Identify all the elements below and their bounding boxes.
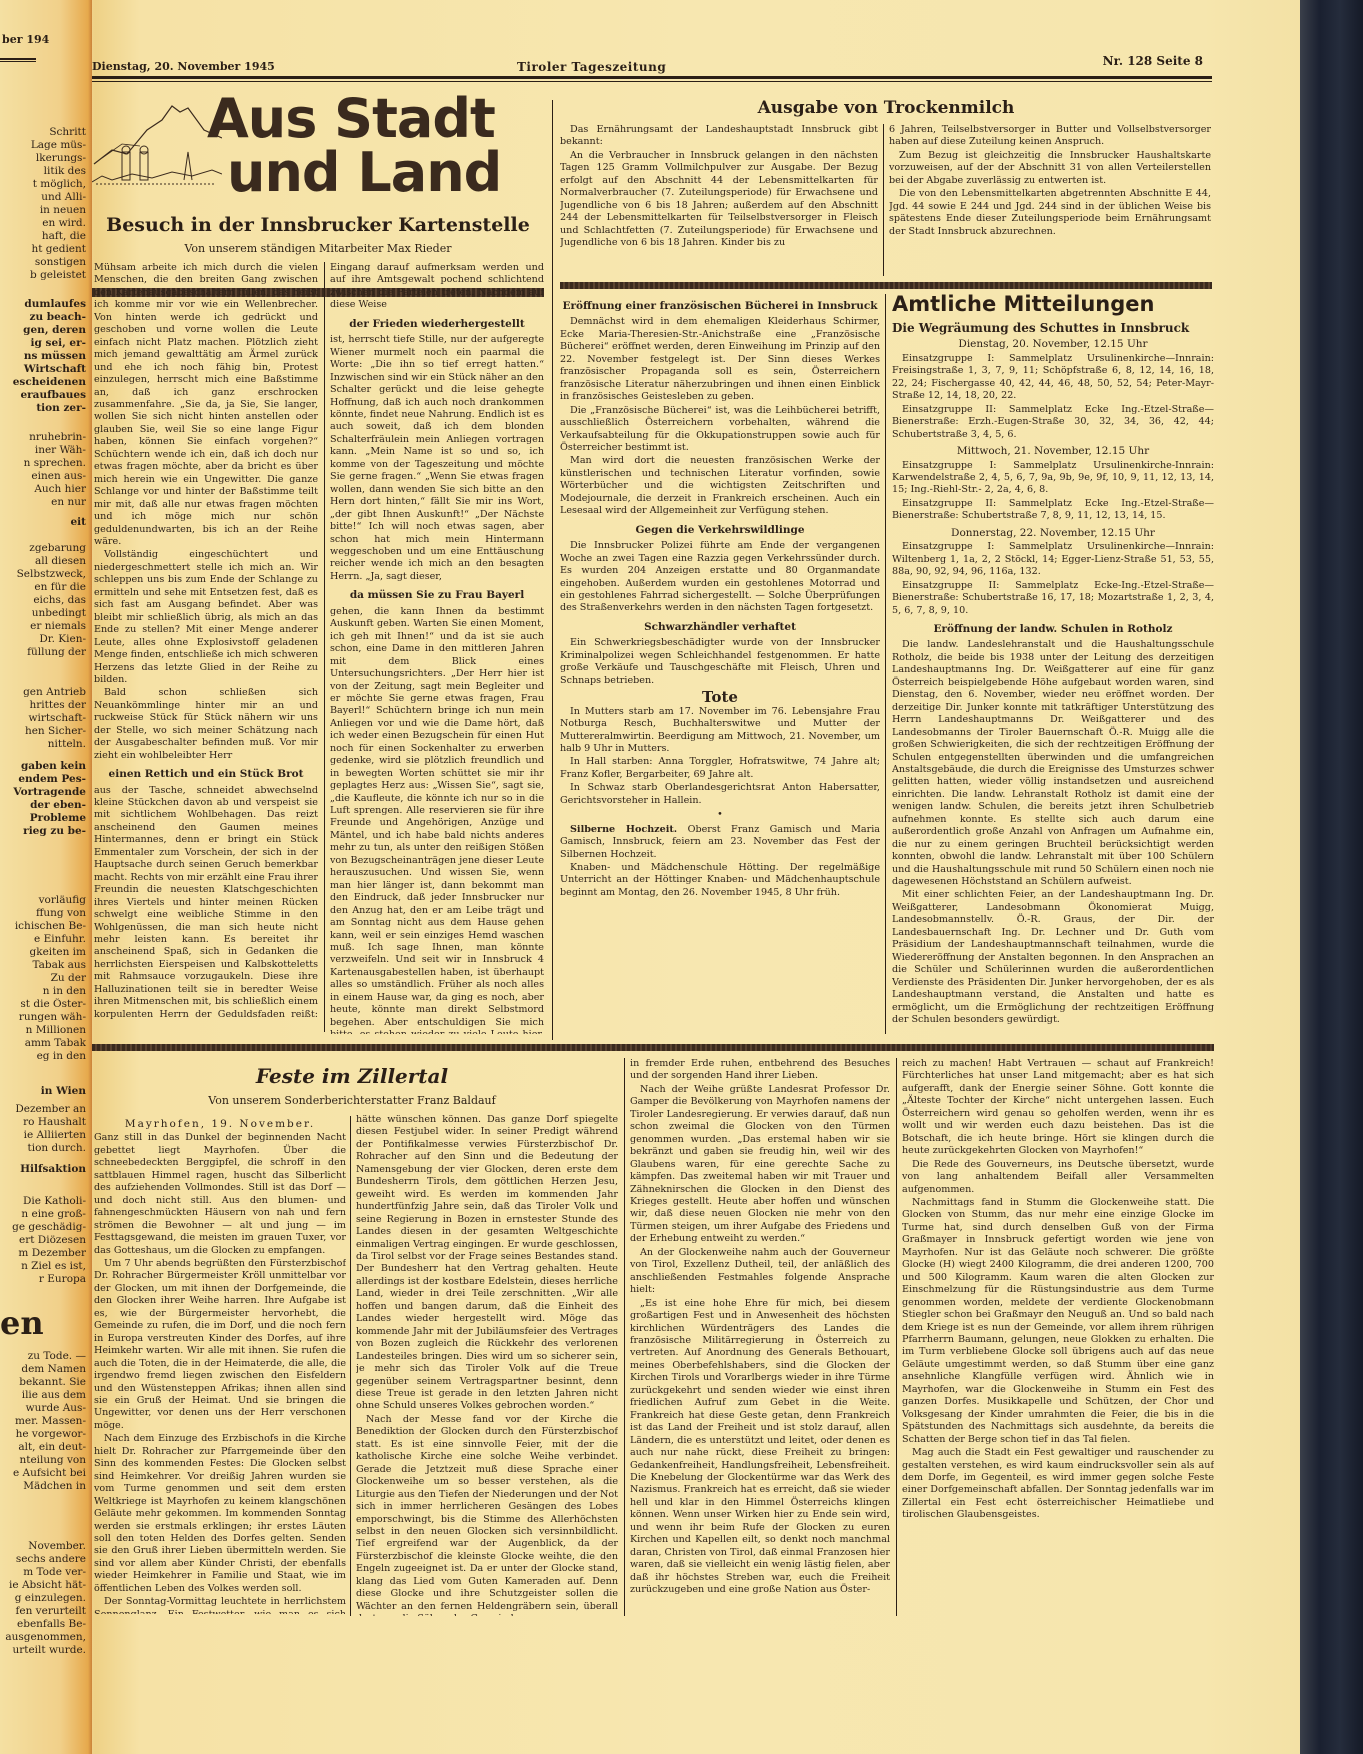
banner-title: Aus Stadt und Land — [207, 92, 501, 200]
paragraph: Die landw. Landeslehranstalt und die Hau… — [892, 639, 1214, 888]
previous-page-text-fragment: der eben- — [0, 799, 86, 812]
previous-page-text-fragment: Die Katholi- — [0, 1195, 86, 1208]
previous-page-text-fragment: all diesen — [0, 555, 86, 568]
paragraph: aus der Tasche, schneidet abwechselnd kl… — [94, 785, 318, 1022]
paragraph: Die Innsbrucker Polizei führte am Ende d… — [560, 540, 880, 615]
paragraph: hätte wünschen können. Das ganze Dorf sp… — [356, 1114, 618, 1413]
paragraph: in fremder Erde ruhen, entbehrend des Be… — [630, 1058, 890, 1083]
previous-page-text-fragment: füllung der — [0, 646, 86, 659]
previous-page-text-fragment: litik des — [0, 165, 86, 178]
previous-page-text-fragment: st die Öster- — [0, 998, 86, 1011]
previous-page-text-fragment: Wirtschaft — [0, 363, 86, 376]
column-divider — [350, 1116, 351, 1616]
local-news-column: Eröffnung einer französischen Bücherei i… — [560, 294, 880, 1036]
paragraph: 6 Jahren, Teilselbstversorger in Butter … — [889, 124, 1211, 149]
paragraph: „Es ist eine hohe Ehre für mich, bei die… — [630, 1298, 890, 1597]
previous-page-text-fragment: Schritt — [0, 126, 86, 139]
paragraph: An die Verbraucher in Innsbruck gelangen… — [560, 150, 878, 250]
notice-subtitle: Die Wegräumung des Schuttes in Innsbruck — [892, 322, 1214, 334]
previous-page-text-fragment: rungen wäh- — [0, 1011, 86, 1024]
kartenstelle-headline: Besuch in der Innsbrucker Kartenstelle — [92, 214, 544, 236]
separator-dot: • — [560, 809, 880, 821]
previous-page-text-fragment: lkerungs- — [0, 152, 86, 165]
previous-page-text-fragment: amm Tabak — [0, 1037, 86, 1050]
rotholz-headline: Eröffnung der landw. Schulen in Rotholz — [892, 623, 1214, 635]
previous-page-text-fragment: b geleistet — [0, 269, 86, 282]
book-binding — [1300, 0, 1363, 1754]
column-divider — [883, 124, 884, 276]
previous-page-text-fragment: ffung von — [0, 907, 86, 920]
previous-page-text-fragment: tion durch. — [0, 1142, 86, 1155]
previous-page-text-fragment: sechs andere — [0, 1553, 86, 1566]
official-notices-title: Amtliche Mitteilungen — [892, 292, 1154, 316]
previous-page-text-fragment: und Alli- — [0, 191, 86, 204]
column-divider — [896, 1058, 897, 1616]
paragraph: Bald schon schließen sich Neuankömmlinge… — [94, 687, 318, 762]
previous-page-text-fragment: ig sei, er- — [0, 337, 86, 350]
previous-page-text-fragment: bekannt. Sie — [0, 1376, 86, 1389]
notice-date: Mittwoch, 21. November, 12.15 Uhr — [892, 445, 1214, 457]
previous-page-text-fragment: einen aus- — [0, 470, 86, 483]
previous-page-text-fragment: Tabak aus — [0, 959, 86, 972]
paragraph: In Schwaz starb Oberlandesgerichtsrat An… — [560, 782, 880, 807]
previous-page-text-fragment: Hilfsaktion — [0, 1163, 86, 1176]
notice-date: Donnerstag, 22. November, 12.15 Uhr — [892, 527, 1214, 539]
previous-page-text-fragment: eit — [0, 516, 86, 529]
paragraph: reich zu machen! Habt Vertrauen — schaut… — [902, 1058, 1214, 1158]
previous-page-header: ber 194 — [2, 33, 49, 46]
paragraph: Demnächst wird in dem ehemaligen Kleider… — [560, 316, 880, 403]
section-rule — [560, 282, 1212, 289]
previous-page-text-fragment: ns müssen — [0, 350, 86, 363]
previous-page-text-fragment: en nur — [0, 496, 86, 509]
previous-page-text-fragment: dem Namen — [0, 1363, 86, 1376]
kartenstelle-column-1: Mühsam arbeite ich mich durch die vielen… — [94, 262, 318, 1022]
paragraph: Mag auch die Stadt ein Fest gewaltiger u… — [902, 1447, 1214, 1522]
paragraph: Die von den Lebensmittelkarten abgetrenn… — [889, 188, 1211, 238]
notice-group: Einsatzgruppe II: Sammelplatz Ecke-Ing.-… — [892, 580, 1214, 617]
paragraph: Nach dem Einzuge des Erzbischofs in die … — [94, 1433, 346, 1595]
previous-page-text-fragment: gen Antrieb — [0, 686, 86, 699]
previous-page-text-fragment: hen Sicher- — [0, 725, 86, 738]
trockenmilch-column-2: 6 Jahren, Teilselbstversorger in Butter … — [889, 124, 1211, 278]
previous-page-text-fragment: nitteln. — [0, 738, 86, 751]
masthead-rule — [92, 76, 1212, 82]
previous-page-text-fragment: n eine groß- — [0, 1208, 86, 1221]
paragraph: Ein Schwerkriegsbeschädigter wurde von d… — [560, 637, 880, 687]
paragraph: Eingang darauf aufmerksam werden und auf… — [330, 262, 544, 312]
previous-page-text-fragment: m Dezember — [0, 1247, 86, 1260]
news-headline: Eröffnung einer französischen Bücherei i… — [560, 300, 880, 312]
zillertal-column-2: hätte wünschen können. Das ganze Dorf sp… — [356, 1114, 618, 1616]
trockenmilch-column-1: Das Ernährungsamt der Landeshauptstadt I… — [560, 124, 878, 278]
previous-page-text-fragment: Dr. Kien- — [0, 633, 86, 646]
column-divider — [885, 294, 886, 1034]
issue-page-number: Nr. 128 Seite 8 — [1103, 54, 1203, 68]
kartenstelle-column-2: Eingang darauf aufmerksam werden und auf… — [330, 262, 544, 1034]
previous-page-text-fragment: gkeiten im — [0, 946, 86, 959]
previous-page-text-fragment: ie Alliierten — [0, 1129, 86, 1142]
previous-page-text-fragment: er niemals — [0, 620, 86, 633]
previous-page-text-fragment: en für die — [0, 581, 86, 594]
previous-page-text-fragment: eg in den — [0, 1050, 86, 1063]
section-banner: Aus Stadt und Land — [92, 92, 544, 202]
paragraph: Mühsam arbeite ich mich durch die vielen… — [94, 262, 318, 548]
previous-page-text-fragment: gen, deren — [0, 324, 86, 337]
paragraph: Um 7 Uhr abends begrüßten den Fürsterzbi… — [94, 1258, 346, 1432]
previous-page-text-fragment: zu Tode. — — [0, 1350, 86, 1363]
notice-group: Einsatzgruppe I: Sammelplatz Ursulinenki… — [892, 541, 1214, 578]
previous-page-text-fragment: n Millionen — [0, 1024, 86, 1037]
obituaries-headline: Tote — [560, 691, 880, 703]
official-notices-column: Die Wegräumung des Schuttes in Innsbruck… — [892, 322, 1214, 1034]
previous-page-text-fragment: ht gedient — [0, 243, 86, 256]
news-headline: Gegen die Verkehrswildlinge — [560, 524, 880, 536]
previous-page-text-fragment: hrittes der — [0, 699, 86, 712]
section-divider — [552, 100, 553, 1040]
previous-page-text-fragment: Auch hier — [0, 483, 86, 496]
paragraph: Die Rede des Gouverneurs, ins Deutsche ü… — [902, 1159, 1214, 1196]
newspaper-name: Tiroler Tageszeitung — [517, 60, 666, 74]
silver-wedding-label: Silberne Hochzeit. — [570, 824, 677, 835]
previous-page-text-fragment: e Aufsicht bei — [0, 1467, 86, 1480]
previous-page-text-fragment: ge geschädig- — [0, 1221, 86, 1234]
zillertal-byline: Von unserem Sonderberichterstatter Franz… — [92, 1094, 612, 1107]
paragraph: Knaben- und Mädchenschule Hötting. Der r… — [560, 862, 880, 899]
previous-page-text-fragment: dumlaufes — [0, 298, 86, 311]
notice-date: Dienstag, 20. November, 12.15 Uhr — [892, 338, 1214, 350]
paragraph: Man wird dort die neuesten französischen… — [560, 455, 880, 517]
previous-page-text-fragment: gaben kein — [0, 760, 86, 773]
paragraph: Zum Bezug ist gleichzeitig die Innsbruck… — [889, 150, 1211, 187]
column-divider — [324, 262, 325, 1032]
issue-date: Dienstag, 20. November 1945 — [92, 60, 275, 73]
kartenstelle-byline: Von unserem ständigen Mitarbeiter Max Ri… — [92, 242, 544, 255]
previous-page-text-fragment: Vortragende — [0, 786, 86, 799]
column-divider — [624, 1058, 625, 1616]
previous-page-text-fragment: e Einfuhr. — [0, 933, 86, 946]
previous-page-text-fragment: ie Absicht hät- — [0, 1579, 86, 1592]
previous-page-text-fragment: ausgenommen, — [0, 1631, 86, 1644]
banner-line-2: und Land — [207, 146, 501, 200]
previous-page-text-fragment: n in den — [0, 985, 86, 998]
previous-page-text-fragment: zgebarung — [0, 542, 86, 555]
notice-group: Einsatzgruppe I: Sammelplatz Ursulinenki… — [892, 353, 1214, 403]
previous-page-text-fragment: zu beach- — [0, 311, 86, 324]
news-headline: Schwarzhändler verhaftet — [560, 621, 880, 633]
previous-page-text-fragment: urteilt wurde. — [0, 1644, 86, 1657]
previous-page-text-fragment: nruhebrin- — [0, 431, 86, 444]
subheading: einen Rettich und ein Stück Brot — [94, 768, 318, 780]
previous-page-text-fragment: eichs, das — [0, 594, 86, 607]
paragraph: ist, herrscht tiefe Stille, nur der aufg… — [330, 334, 544, 583]
page-content: Dienstag, 20. November 1945 Tiroler Tage… — [92, 0, 1247, 1754]
subheading: der Frieden wiederhergestellt — [330, 318, 544, 330]
paragraph: In Mutters starb am 17. November im 76. … — [560, 706, 880, 756]
previous-page-text-fragment: wurde Aus- — [0, 1402, 86, 1415]
paragraph: Mit einer schlichten Feier, an der Lande… — [892, 889, 1214, 1026]
paragraph: Nach der Messe fand vor der Kirche die B… — [356, 1414, 618, 1616]
previous-page-text-fragment: nteilung von — [0, 1454, 86, 1467]
paragraph: Vollständig eingeschüchtert und niederge… — [94, 549, 318, 686]
paragraph: Das Ernährungsamt der Landeshauptstadt I… — [560, 124, 878, 149]
paragraph: Nach der Weihe grüßte Landesrat Professo… — [630, 1084, 890, 1246]
previous-page-text-fragment: ro Haushalt — [0, 1116, 86, 1129]
previous-page-text-fragment: t möglich, — [0, 178, 86, 191]
zillertal-column-1: Mayrhofen, 19. November. Ganz still in d… — [94, 1114, 346, 1614]
zillertal-column-4: reich zu machen! Habt Vertrauen — schaut… — [902, 1058, 1214, 1616]
zillertal-headline: Feste im Zillertal — [92, 1064, 612, 1088]
previous-page-text-fragment: rieg zu be- — [0, 825, 86, 838]
paragraph: Ganz still in das Dunkel der beginnenden… — [94, 1132, 346, 1257]
previous-page-text-fragment: sonstigen — [0, 256, 86, 269]
previous-page-text-fragment: g einzulegen. — [0, 1592, 86, 1605]
zillertal-column-3: in fremder Erde ruhen, entbehrend des Be… — [630, 1058, 890, 1616]
previous-page-text-fragment: haft, die — [0, 230, 86, 243]
previous-page-text-fragment: Probleme — [0, 812, 86, 825]
previous-page-text-fragment: escheidenen — [0, 376, 86, 389]
previous-page-headline-fragment: en — [0, 1304, 44, 1342]
notice-group: Einsatzgruppe II: Sammelplatz Ecke Ing.-… — [892, 404, 1214, 441]
subheading: da müssen Sie zu Frau Bayerl — [330, 589, 544, 601]
trockenmilch-headline: Ausgabe von Trockenmilch — [562, 98, 1210, 118]
previous-page-text-fragment: eraufbaues — [0, 389, 86, 402]
paragraph: An der Glockenweihe nahm auch der Gouver… — [630, 1247, 890, 1297]
previous-page-text-fragment: he vorgewor- — [0, 1428, 86, 1441]
previous-page-text-fragment: Selbstzweck, — [0, 568, 86, 581]
section-rule — [92, 1044, 1214, 1051]
previous-page-text-fragment: ilie aus dem — [0, 1389, 86, 1402]
dateline: Mayrhofen, 19. November. — [94, 1118, 346, 1130]
masthead: Dienstag, 20. November 1945 Tiroler Tage… — [92, 54, 1247, 78]
previous-page-text-fragment: fen verurteilt — [0, 1605, 86, 1618]
previous-page-text-fragment: endem Pes- — [0, 773, 86, 786]
previous-page-text-fragment: in neuen — [0, 204, 86, 217]
previous-page-text-fragment: iner Wäh- — [0, 444, 86, 457]
paragraph: In Hall starben: Anna Torggler, Hofratsw… — [560, 756, 880, 781]
previous-page-text-fragment: tion zer- — [0, 402, 86, 415]
previous-page-text-fragment: m Tode ver- — [0, 1566, 86, 1579]
previous-page-rule — [0, 58, 36, 62]
mountain-town-illustration-icon — [92, 92, 222, 202]
paragraph: gehen, die kann Ihnen da bestimmt Auskun… — [330, 606, 544, 1034]
paragraph: Der Sonntag-Vormittag leuchtete in herrl… — [94, 1596, 346, 1614]
previous-page-text-fragment: Dezember an — [0, 1103, 86, 1116]
paragraph: Nachmittags fand in Stumm die Glockenwei… — [902, 1197, 1214, 1446]
previous-page-text-fragment: wirtschaft- — [0, 712, 86, 725]
previous-page-text-fragment: November. — [0, 1540, 86, 1553]
previous-page-text-fragment: ichischen Be- — [0, 920, 86, 933]
paragraph: Die „Französische Bücherei“ ist, was die… — [560, 405, 880, 455]
previous-page-text-fragment: alt, ein deut- — [0, 1441, 86, 1454]
previous-page-text-fragment: Lage müs- — [0, 139, 86, 152]
previous-page-text-fragment: Zu der — [0, 972, 86, 985]
previous-page-text-fragment: ebenfalls Be- — [0, 1618, 86, 1631]
notice-group: Einsatzgruppe II: Sammelplatz Ecke Ing.-… — [892, 498, 1214, 523]
previous-page-text-fragment: Mädchen in — [0, 1480, 86, 1493]
previous-page-text-fragment: n sprechen. — [0, 457, 86, 470]
previous-page-text-fragment: mer. Massen- — [0, 1415, 86, 1428]
previous-page-text-fragment: unbedingt — [0, 607, 86, 620]
previous-page-text-fragment: ert Diözesen — [0, 1234, 86, 1247]
previous-page-text-fragment: r Europa — [0, 1273, 86, 1286]
previous-page-edge: ber 194 SchrittLage müs-lkerungs-litik d… — [0, 0, 92, 1754]
previous-page-text-fragment: in Wien — [0, 1085, 86, 1098]
previous-page-text-fragment: n Ziel es ist, — [0, 1260, 86, 1273]
previous-page-text-fragment: en wird. — [0, 217, 86, 230]
previous-page-text-fragment: vorläufig — [0, 894, 86, 907]
notice-group: Einsatzgruppe I: Sammelplatz Ursulinenki… — [892, 460, 1214, 497]
